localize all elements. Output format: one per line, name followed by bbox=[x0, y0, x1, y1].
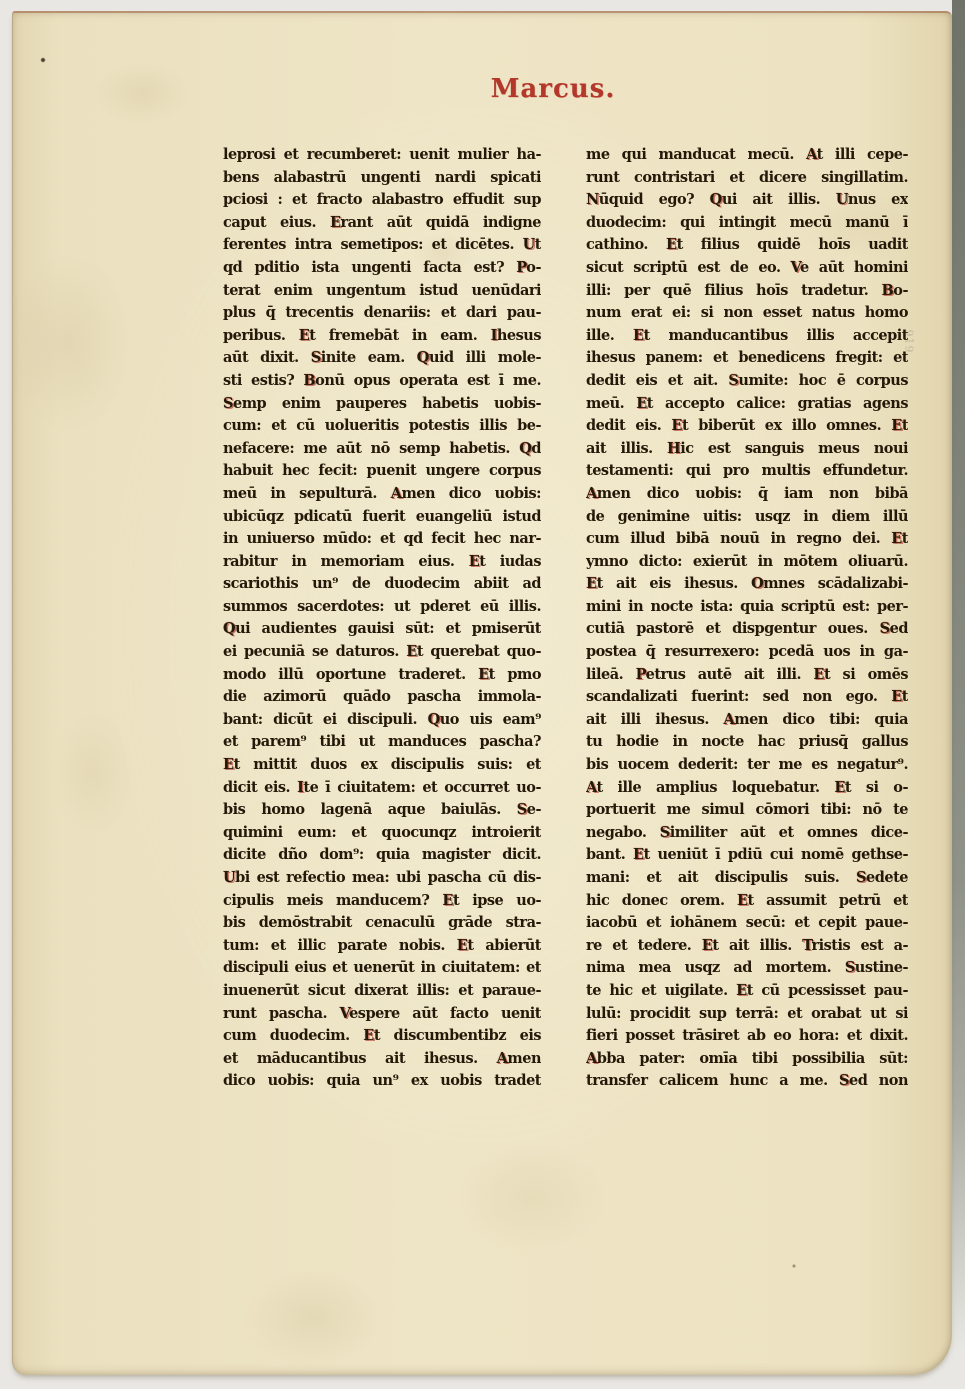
text-line: Et ait eis ihesus. Omnes scādalizabi- bbox=[586, 573, 908, 596]
text-line: Abba pater: omīa tibi possibilia sūt: bbox=[586, 1048, 908, 1071]
text-line: bis uocem dederit: ter me es negatur⁹. bbox=[586, 754, 908, 777]
text-line: die azimorū quādo pascha immola- bbox=[223, 686, 541, 709]
running-title: Marcus. bbox=[491, 74, 616, 104]
text-line: dicite dño dom⁹: quia magister dicit. bbox=[223, 844, 541, 867]
text-line: ille. Et manducantibus illis accepit bbox=[586, 325, 908, 348]
text-line: negabo. Similiter aūt et omnes dice- bbox=[586, 822, 908, 845]
text-column-right: me qui manducat mecū. At illi cepe-runt … bbox=[586, 144, 908, 1093]
text-line: duodecim: qui intingit mecū manū ī bbox=[586, 212, 908, 235]
text-line: Et mittit duos ex discipulis suis: et bbox=[223, 754, 541, 777]
text-line: bant. Et ueniūt ī pdiū cui nomē gethse- bbox=[586, 844, 908, 867]
text-line: lileā. Petrus autē ait illi. Et si omēs bbox=[586, 664, 908, 687]
scan-canvas: { "page": { "header": { "title": "Marcus… bbox=[0, 0, 965, 1389]
text-line: me qui manducat mecū. At illi cepe- bbox=[586, 144, 908, 167]
text-line: ihesus panem: et benedicens fregit: et bbox=[586, 347, 908, 370]
text-line: meū. Et accepto calice: gratias agens bbox=[586, 393, 908, 416]
text-line: ei pecuniā se daturos. Et querebat quo- bbox=[223, 641, 541, 664]
text-line: cathino. Et filius quidē hoīs uadit bbox=[586, 234, 908, 257]
text-line: mani: et ait discipulis suis. Sedete bbox=[586, 867, 908, 890]
text-line: ait illis. Hic est sanguis meus noui bbox=[586, 438, 908, 461]
margin-pencil-note: 919 bbox=[903, 330, 916, 354]
text-line: dicit eis. Ite ī ciuitatem: et occurret … bbox=[223, 777, 541, 800]
text-line: plus q̄ trecentis denariis: et dari pau- bbox=[223, 302, 541, 325]
text-line: peribus. Et fremebāt in eam. Ihesus bbox=[223, 325, 541, 348]
text-line: mini in nocte ista: quia scriptū est: pe… bbox=[586, 596, 908, 619]
text-line: ferentes intra semetipos: et dicētes. Ut bbox=[223, 234, 541, 257]
text-line: illi: per quē filius hoīs tradetur. Bo- bbox=[586, 280, 908, 303]
text-line: cutiā pastorē et dispgentur oues. Sed bbox=[586, 618, 908, 641]
text-line: iacobū et iohānem secū: et cepit paue- bbox=[586, 912, 908, 935]
text-line: qd pditio ista ungenti facta est? Po- bbox=[223, 257, 541, 280]
text-line: meū in sepulturā. Amen dico uobis: bbox=[223, 483, 541, 506]
text-line: postea q̄ resurrexero: pcedā uos in ga- bbox=[586, 641, 908, 664]
text-line: scandalizati fuerint: sed non ego. Et bbox=[586, 686, 908, 709]
text-column-left: leprosi et recumberet: uenit mulier ha-b… bbox=[223, 144, 541, 1093]
text-line: sicut scriptū est de eo. Ve aūt homini bbox=[586, 257, 908, 280]
text-line: bis demōstrabit cenaculū grāde stra- bbox=[223, 912, 541, 935]
text-line: pciosi : et fracto alabastro effudit sup bbox=[223, 189, 541, 212]
text-line: nima mea usqz ad mortem. Sustine- bbox=[586, 957, 908, 980]
text-line: transfer calicem hunc a me. Sed non bbox=[586, 1070, 908, 1093]
text-line: cum: et cū uolueritis potestis illis be- bbox=[223, 415, 541, 438]
text-line: bis homo lagenā aque baiulās. Se- bbox=[223, 799, 541, 822]
text-line: dico uobis: quia un⁹ ex uobis tradet bbox=[223, 1070, 541, 1093]
text-line: leprosi et recumberet: uenit mulier ha- bbox=[223, 144, 541, 167]
text-line: terat enim ungentum istud uenūdari bbox=[223, 280, 541, 303]
text-line: ymno dicto: exierūt in mōtem oliuarū. bbox=[586, 551, 908, 574]
text-line: te hic et uigilate. Et cū pcessisset pau… bbox=[586, 980, 908, 1003]
text-line: num erat ei: si non esset natus homo bbox=[586, 302, 908, 325]
text-line: tum: et illic parate nobis. Et abierūt bbox=[223, 935, 541, 958]
text-line: hic donec orem. Et assumit petrū et bbox=[586, 890, 908, 913]
text-line: quimini eum: et quocunqz introierit bbox=[223, 822, 541, 845]
text-line: et parem⁹ tibi ut manduces pascha? bbox=[223, 731, 541, 754]
text-line: inuenerūt sicut dixerat illis: et paraue… bbox=[223, 980, 541, 1003]
text-line: runt contristari et dicere singillatim. bbox=[586, 167, 908, 190]
text-line: et māducantibus ait ihesus. Amen bbox=[223, 1048, 541, 1071]
text-line: At ille amplius loquebatur. Et si o- bbox=[586, 777, 908, 800]
text-line: fieri posset trāsiret ab eo hora: et dix… bbox=[586, 1025, 908, 1048]
text-line: ubicūqz pdicatū fuerit euangeliū istud bbox=[223, 506, 541, 529]
text-line: sti estis? Bonū opus operata est ī me. bbox=[223, 370, 541, 393]
text-line: ait illi ihesus. Amen dico tibi: quia bbox=[586, 709, 908, 732]
text-line: cum illud bibā nouū in regno dei. Et bbox=[586, 528, 908, 551]
text-line: in uniuerso mūdo: et qd fecit hec nar- bbox=[223, 528, 541, 551]
text-line: de genimine uitis: usqz in diem illū bbox=[586, 506, 908, 529]
text-line: Nūquid ego? Qui ait illis. Unus ex bbox=[586, 189, 908, 212]
text-line: habuit hec fecit: puenit ungere corpus bbox=[223, 460, 541, 483]
text-line: dedit eis et ait. Sumite: hoc ē corpus bbox=[586, 370, 908, 393]
text-line: Ubi est refectio mea: ubi pascha cū dis- bbox=[223, 867, 541, 890]
text-line: bant: dicūt ei discipuli. Quo uis eam⁹ bbox=[223, 709, 541, 732]
text-line: nefacere: me aūt nō semp habetis. Qd bbox=[223, 438, 541, 461]
text-line: runt pascha. Vespere aūt facto uenit bbox=[223, 1003, 541, 1026]
text-line: bens alabastrū ungenti nardi spicati bbox=[223, 167, 541, 190]
text-line: portuerit me simul cōmori tibi: nō te bbox=[586, 799, 908, 822]
text-line: modo illū oportune traderet. Et pmo bbox=[223, 664, 541, 687]
text-line: dedit eis. Et biberūt ex illo omnes. Et bbox=[586, 415, 908, 438]
text-line: testamenti: qui pro multis effundetur. bbox=[586, 460, 908, 483]
text-line: rabitur in memoriam eius. Et iudas bbox=[223, 551, 541, 574]
text-line: aūt dixit. Sinite eam. Quid illi mole- bbox=[223, 347, 541, 370]
text-line: discipuli eius et uenerūt in ciuitatem: … bbox=[223, 957, 541, 980]
scan-edge-shadow bbox=[952, 0, 965, 1352]
text-line: summos sacerdotes: ut pderet eū illis. bbox=[223, 596, 541, 619]
text-line: Qui audientes gauisi sūt: et pmiserūt bbox=[223, 618, 541, 641]
text-line: caput eius. Erant aūt quidā indigne bbox=[223, 212, 541, 235]
text-line: scariothis un⁹ de duodecim abiit ad bbox=[223, 573, 541, 596]
text-line: tu hodie in nocte hac priusq̄ gallus bbox=[586, 731, 908, 754]
text-line: Amen dico uobis: q̄ iam non bibā bbox=[586, 483, 908, 506]
text-line: Semp enim pauperes habetis uobis- bbox=[223, 393, 541, 416]
text-line: re et tedere. Et ait illis. Tristis est … bbox=[586, 935, 908, 958]
text-line: lulū: procidit sup terrā: et orabat ut s… bbox=[586, 1003, 908, 1026]
text-line: cum duodecim. Et discumbentibz eis bbox=[223, 1025, 541, 1048]
manuscript-page: Marcus. leprosi et recumberet: uenit mul… bbox=[12, 11, 952, 1375]
text-line: cipulis meis manducem? Et ipse uo- bbox=[223, 890, 541, 913]
